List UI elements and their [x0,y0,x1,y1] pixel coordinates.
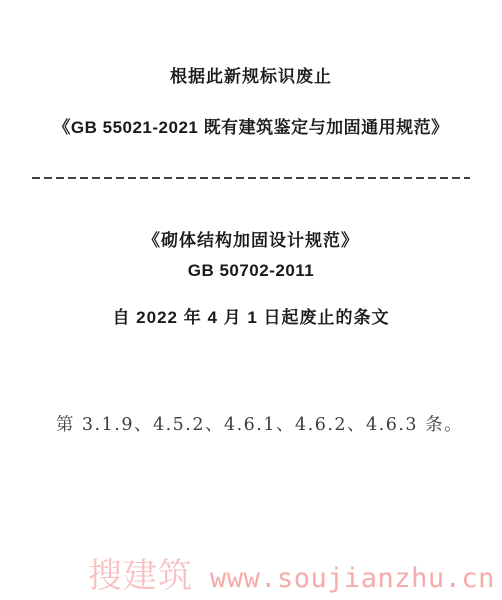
old-standard-code: GB 50702-2011 [0,261,502,281]
new-standard-title: 《GB 55021-2021 既有建筑鉴定与加固通用规范》 [0,113,502,138]
watermark: 搜建筑 www.soujianzhu.cn [88,548,502,597]
notice-title: 根据此新规标识废止 [0,62,502,87]
old-standard-name: 《砌体结构加固设计规范》 [0,226,502,251]
document-page: 根据此新规标识废止 《GB 55021-2021 既有建筑鉴定与加固通用规范》 … [0,0,502,600]
abolished-clauses-text: 第 3.1.9、4.5.2、4.6.1、4.6.2、4.6.3 条。 [0,411,502,436]
watermark-site-name: 搜建筑 [88,548,193,597]
dashed-divider [32,177,470,179]
abolition-effective-line: 自 2022 年 4 月 1 日起废止的条文 [0,303,502,328]
watermark-site-url: www.soujianzhu.cn [210,563,495,594]
